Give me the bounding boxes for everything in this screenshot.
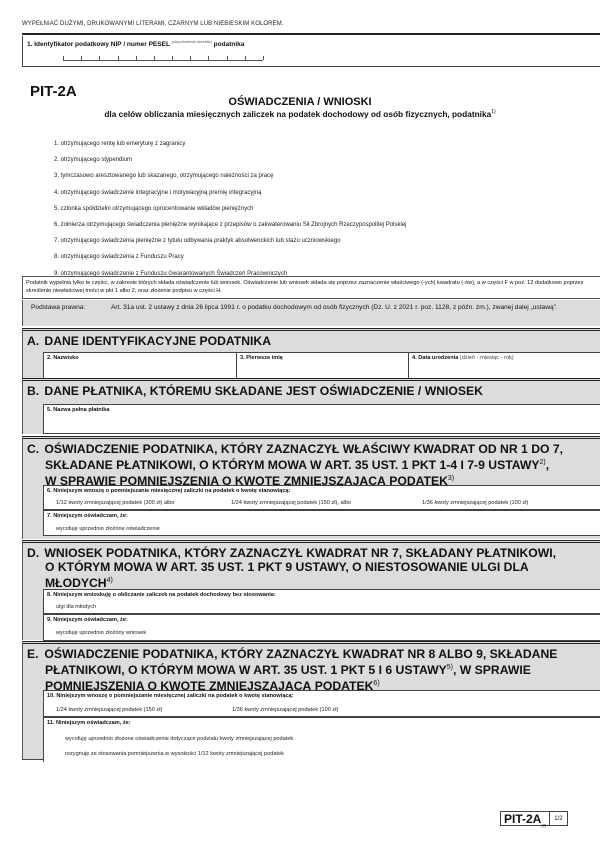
section-b-heading: B. DANE PŁATNIKA, KTÓREMU SKŁADANE JEST … [23, 381, 600, 398]
filling-note: Podatnik wypełnia tylko te części, w zak… [22, 276, 600, 299]
option-e-1-36[interactable]: 1/36 kwoty zmniejszającej podatek (100 z… [232, 707, 338, 713]
field-11: 11. Niniejszym oświadczam, że: wycofuję … [43, 717, 600, 762]
category-item[interactable]: 1. otrzymującego rentę lub emeryturę z z… [54, 140, 407, 156]
section-d-heading: D. WNIOSEK PODATNIKA, KTÓRY ZAZNACZYŁ KW… [23, 543, 600, 590]
birth-date-field[interactable]: 4. Data urodzenia (dzień - miesiąc - rok… [408, 352, 600, 379]
nip-digit-divider [99, 56, 100, 60]
category-item[interactable]: 8. otrzymującego świadczenia z Funduszu … [54, 253, 407, 269]
option-youth-relief[interactable]: ulgi dla młodych [56, 604, 96, 610]
first-name-field[interactable]: 3. Pierwsze imię [236, 352, 408, 379]
legal-basis-text: Art. 31a ust. 2 ustawy z dnia 26 lipca 1… [111, 303, 591, 312]
page-number: 1/2 [550, 812, 566, 825]
top-rule [22, 33, 600, 35]
legal-basis: Podstawa prawna: Art. 31a ust. 2 ustawy … [22, 300, 600, 326]
category-item[interactable]: 7. otrzymującego świadczenia pieniężne z… [54, 237, 407, 253]
section-b: B. DANE PŁATNIKA, KTÓREMU SKŁADANE JEST … [22, 378, 600, 434]
section-d: D. WNIOSEK PODATNIKA, KTÓRY ZAZNACZYŁ KW… [22, 540, 600, 640]
fill-instruction: WYPEŁNIAĆ DUŻYMI, DRUKOWANYMI LITERAMI, … [22, 21, 284, 27]
form-subtitle: dla celów obliczania miesięcznych zalicz… [0, 109, 600, 119]
payer-name-field[interactable]: 5. Nazwa pełna płatnika [43, 404, 600, 434]
nip-label: 1. Identyfikator podatkowy NIP / numer P… [27, 39, 244, 48]
nip-digit-divider [118, 56, 119, 60]
option-1-12[interactable]: 1/12 kwoty zmniejszającej podatek (300 z… [56, 500, 174, 506]
nip-digit-divider [63, 56, 64, 60]
category-item[interactable]: 3. tymczasowo aresztowanego lub skazaneg… [54, 172, 407, 188]
legal-basis-label: Podstawa prawna: [31, 303, 85, 312]
category-item[interactable]: 5. członka spółdzielni otrzymującego opr… [54, 205, 407, 221]
nip-field[interactable]: 1. Identyfikator podatkowy NIP / numer P… [22, 36, 600, 67]
section-e: E. OŚWIADCZENIE PODATNIKA, KTÓRY ZAZNACZ… [22, 641, 600, 760]
option-1-24[interactable]: 1/24 kwoty zmniejszającej podatek (150 z… [231, 500, 351, 506]
category-item[interactable]: 2. otrzymującego stypendium [54, 156, 407, 172]
surname-field[interactable]: 2. Nazwisko [43, 352, 236, 379]
field-6: 6. Niniejszym wnoszę o pomniejszanie mie… [43, 485, 600, 510]
footer-form-badge: PIT-2A(8) 1/2 [500, 811, 568, 826]
field-10: 10. Niniejszym wnoszę o pomniejszanie mi… [43, 690, 600, 717]
field-7: 7. Niniejszym oświadczam, że: wycofuję u… [43, 510, 600, 536]
section-c: C. OŚWIADCZENIE PODATNIKA, KTÓRY ZAZNACZ… [22, 436, 600, 539]
category-list: 1. otrzymującego rentę lub emeryturę z z… [54, 140, 407, 286]
option-withdraw-request[interactable]: wycofuję uprzednio złożony wniosek [56, 630, 146, 636]
nip-digit-divider [227, 56, 228, 60]
option-withdraw-statement[interactable]: wycofuję uprzednio złożone oświadczenie [56, 526, 160, 532]
field-9: 9. Niniejszym oświadczam, że: wycofuję u… [43, 614, 600, 641]
nip-digit-divider [136, 56, 137, 60]
nip-digit-divider [81, 56, 82, 60]
nip-digit-divider [245, 56, 246, 60]
nip-digit-divider [190, 56, 191, 60]
section-e-heading: E. OŚWIADCZENIE PODATNIKA, KTÓRY ZAZNACZ… [23, 644, 600, 693]
footer-form-code: PIT-2A(8) [501, 812, 550, 825]
field-8: 8. Niniejszym wnioskuję o obliczanie zal… [43, 589, 600, 614]
nip-digit-divider [154, 56, 155, 60]
nip-digit-boxes[interactable] [63, 55, 263, 61]
nip-digit-divider [263, 56, 264, 60]
section-a: A. DANE IDENTYFIKACYJNE PODATNIKA 2. Naz… [22, 328, 600, 382]
nip-digit-divider [172, 56, 173, 60]
option-withdraw-split[interactable]: wycofuję uprzednio złożone oświadczenie … [65, 736, 293, 742]
option-resign-1-12[interactable]: rezygnuję ze stosowania pomniejszenia w … [65, 751, 284, 757]
section-a-heading: A. DANE IDENTYFIKACYJNE PODATNIKA [23, 331, 600, 348]
option-e-1-24[interactable]: 1/24 kwoty zmniejszającej podatek (150 z… [56, 707, 162, 713]
option-1-36[interactable]: 1/36 kwoty zmniejszającej podatek (100 z… [422, 500, 528, 506]
form-title: OŚWIADCZENIA / WNIOSKI [0, 96, 600, 108]
nip-digit-divider [208, 56, 209, 60]
category-item[interactable]: 4. otrzymującego świadczenie integracyjn… [54, 189, 407, 205]
category-item[interactable]: 6. żołnierza otrzymującego świadczenia p… [54, 221, 407, 237]
section-c-heading: C. OŚWIADCZENIE PODATNIKA, KTÓRY ZAZNACZ… [23, 439, 600, 488]
